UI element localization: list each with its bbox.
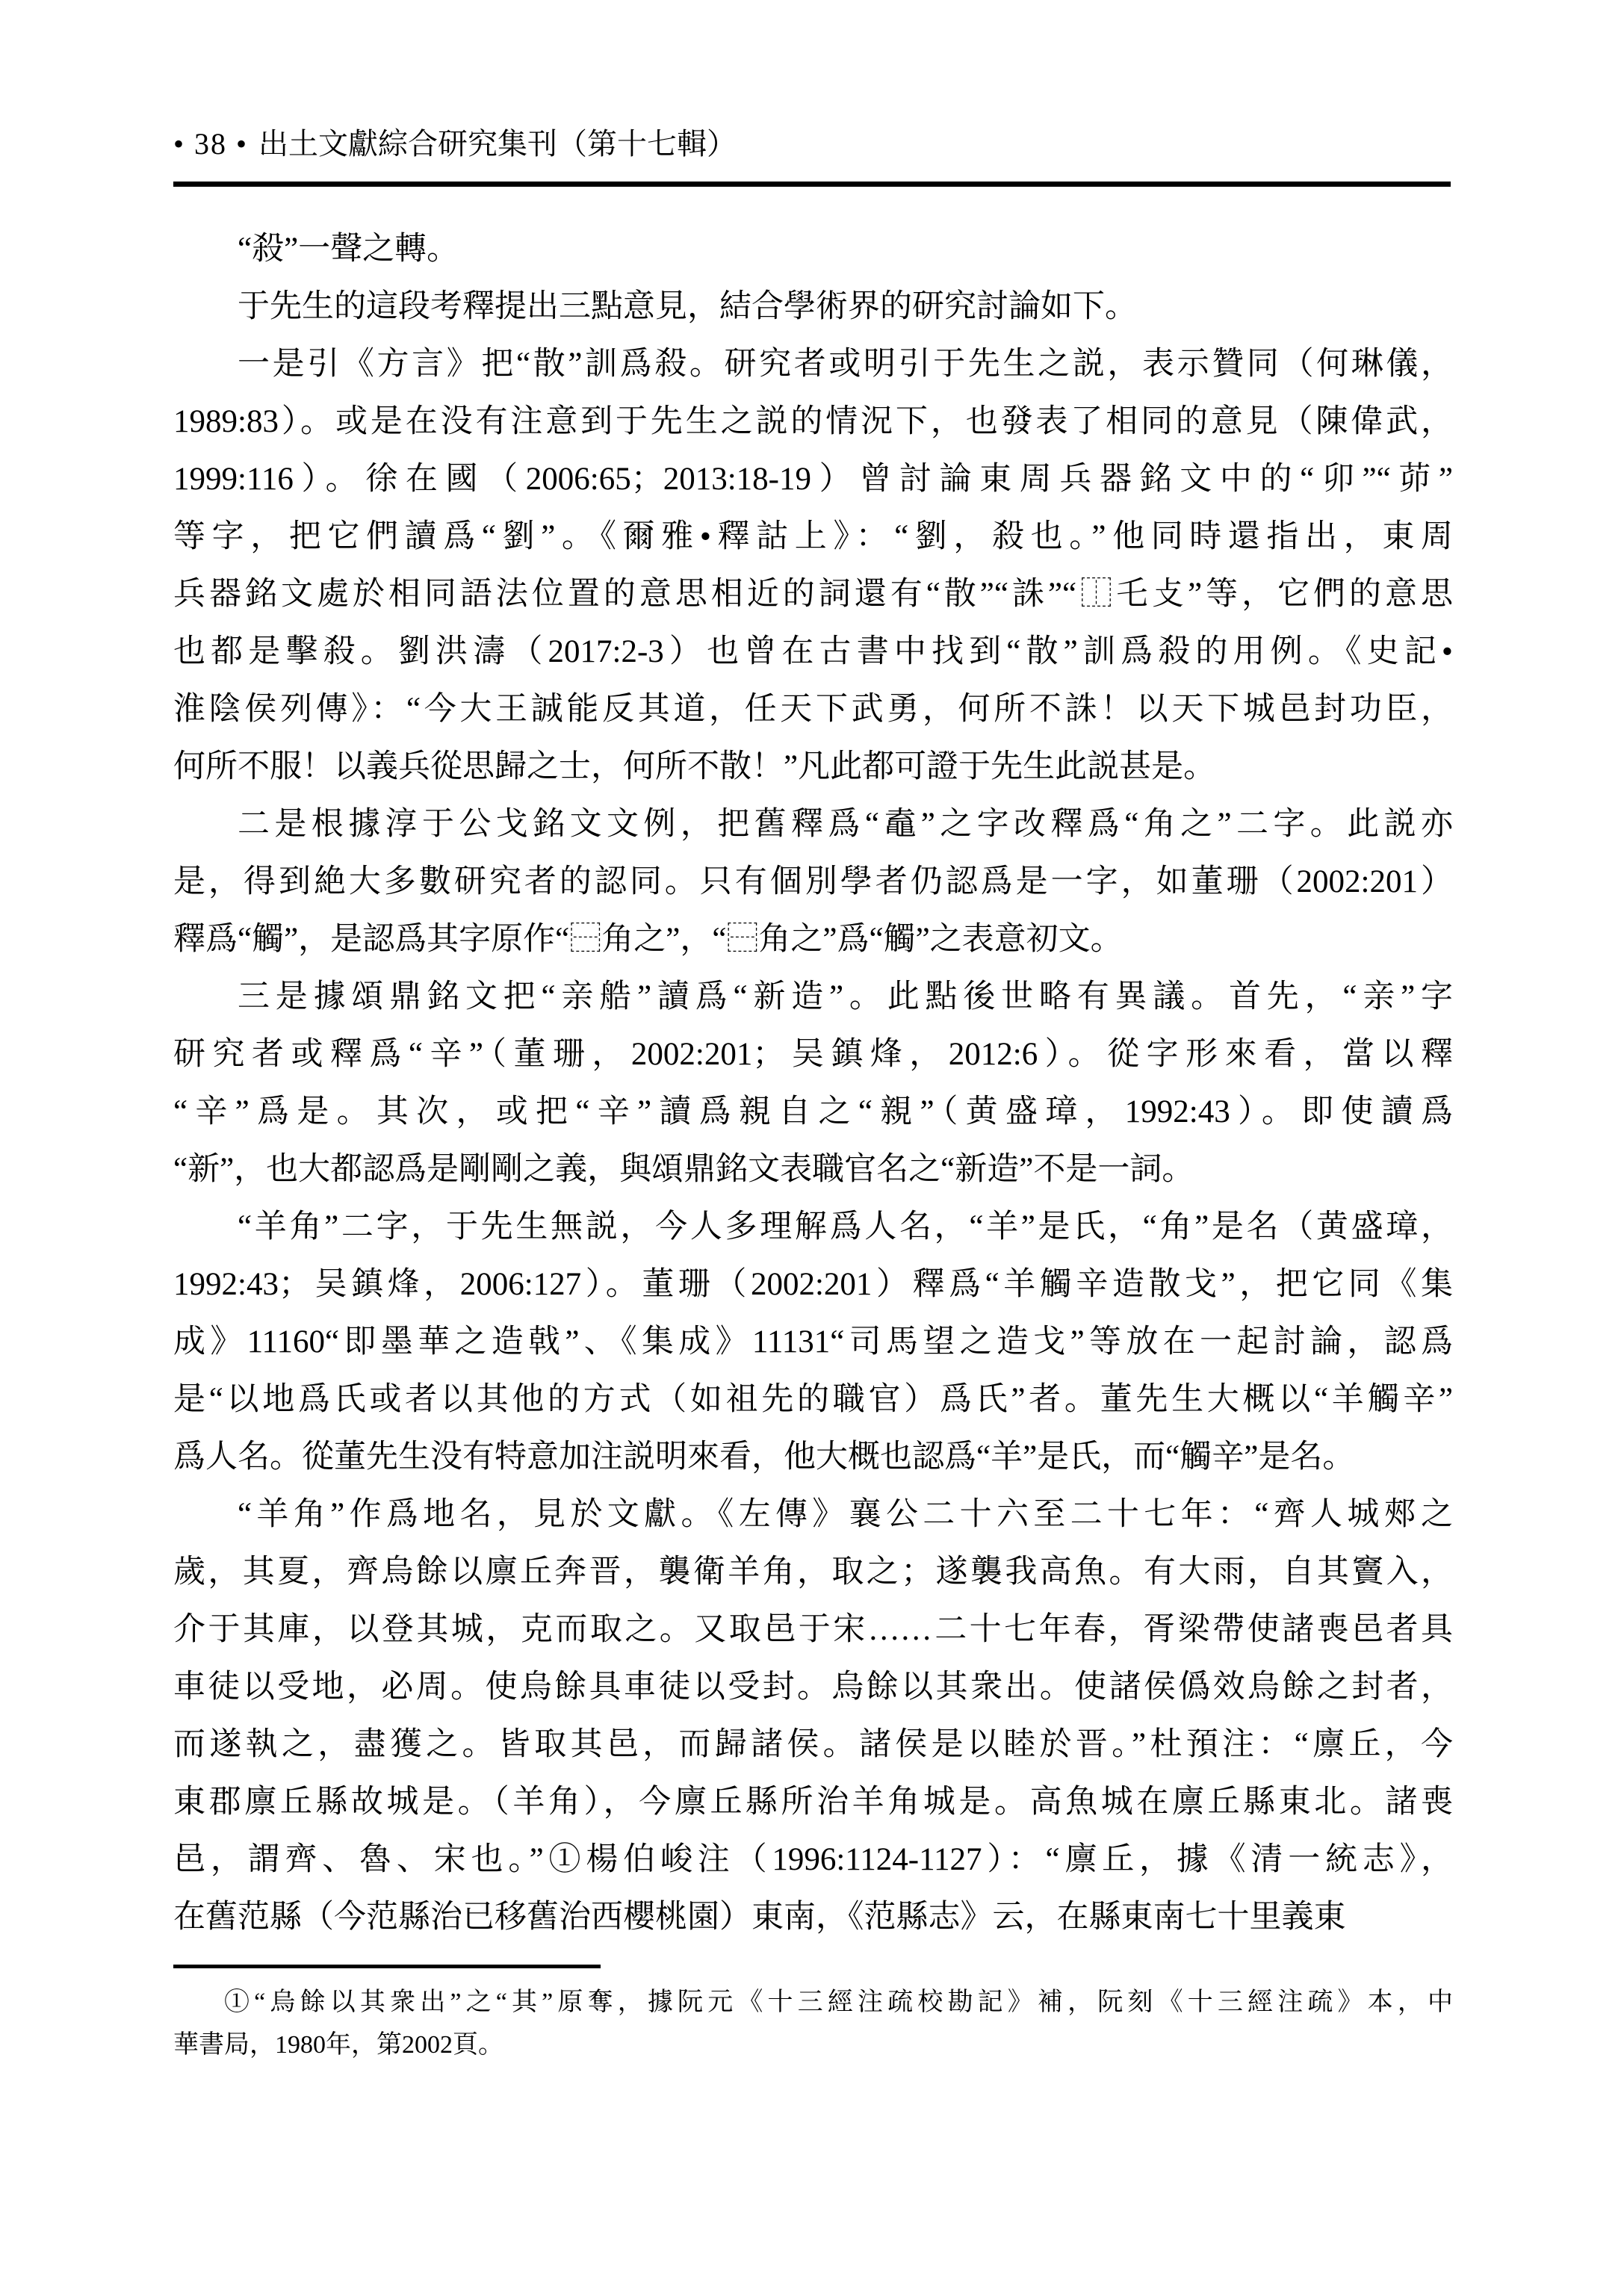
header-rule	[173, 182, 1451, 187]
body-line: 1989:83）。或是在没有注意到于先生之説的情況下，也發表了相同的意見（陳偉武…	[173, 393, 1453, 450]
body-line: 1999:116）。徐在國（2006:65；2013:18-19）曾討論東周兵器…	[173, 450, 1453, 508]
body-line: 邑，謂齊、魯、宋也。”①楊伯峻注（1996:1124-1127）：“廪丘，據《清…	[173, 1831, 1453, 1888]
body-line: 釋爲“觸”，是認爲其字原作“⿱角之”，“⿱角之”爲“觸”之表意初文。	[173, 911, 1453, 968]
footnote-text: ①“烏餘以其衆出”之“其”原奪，據阮元《十三經注疏校勘記》補，阮刻《十三經注疏》…	[173, 1981, 1453, 2066]
journal-page: • 38 •出土文獻綜合研究集刊（第十七輯） “殺”一聲之轉。于先生的這段考釋提…	[0, 0, 1624, 2294]
body-line: 是“以地爲氏或者以其他的方式（如祖先的職官）爲氏”者。董先生大概以“羊觸辛”	[173, 1371, 1453, 1428]
page-number: • 38 •	[173, 127, 248, 161]
body-line: “羊角”二字，于先生無説，今人多理解爲人名，“羊”是氏，“角”是名（黄盛璋，	[173, 1198, 1453, 1256]
page-header: • 38 •出土文獻綜合研究集刊（第十七輯）	[173, 125, 1453, 163]
body-line: 于先生的這段考釋提出三點意見，結合學術界的研究討論如下。	[173, 278, 1453, 335]
body-line: 爲人名。從董先生没有特意加注説明來看，他大概也認爲“羊”是氏，而“觸辛”是名。	[173, 1428, 1453, 1486]
body-line: 也都是擊殺。劉洪濤（2017:2-3）也曾在古書中找到“散”訓爲殺的用例。《史記…	[173, 623, 1453, 681]
body-line: 1992:43；吴鎮烽，2006:127）。董珊（2002:201）釋爲“羊觸辛…	[173, 1256, 1453, 1313]
body-text: “殺”一聲之轉。于先生的這段考釋提出三點意見，結合學術界的研究討論如下。一是引《…	[173, 220, 1453, 1946]
body-line: 淮陰侯列傳》：“今大王誠能反其道，任天下武勇，何所不誅！以天下城邑封功臣，	[173, 681, 1453, 738]
body-line: 成》11160“即墨華之造戟”、《集成》11131“司馬望之造戈”等放在一起討論…	[173, 1313, 1453, 1371]
body-line: 等字，把它們讀爲“劉”。《爾雅•釋詁上》：“劉，殺也。”他同時還指出，東周	[173, 508, 1453, 565]
body-line: “辛”爲是。其次，或把“辛”讀爲親自之“親”（黄盛璋，1992:43）。即使讀爲	[173, 1083, 1453, 1141]
body-line: 研究者或釋爲“辛”（董珊，2002:201；吴鎮烽，2012:6）。從字形來看，…	[173, 1026, 1453, 1083]
body-line: “殺”一聲之轉。	[173, 220, 1453, 278]
body-line: 一是引《方言》把“散”訓爲殺。研究者或明引于先生之説，表示贊同（何琳儀，	[173, 335, 1453, 393]
body-line: 兵器銘文處於相同語法位置的意思相近的詞還有“散”“誅”“⿰乇攴”等，它們的意思	[173, 565, 1453, 623]
footnote-separator-rule	[173, 1965, 601, 1968]
body-line: “新”，也大都認爲是剛剛之義，與頌鼎銘文表職官名之“新造”不是一詞。	[173, 1141, 1453, 1198]
footnote-line: ①“烏餘以其衆出”之“其”原奪，據阮元《十三經注疏校勘記》補，阮刻《十三經注疏》…	[173, 1981, 1453, 2024]
body-line: 介于其庫，以登其城，克而取之。又取邑于宋……二十七年春，胥梁帶使諸喪邑者具	[173, 1601, 1453, 1658]
body-line: 而遂執之，盡獲之。皆取其邑，而歸諸侯。諸侯是以睦於晋。”杜預注：“廪丘，今	[173, 1716, 1453, 1773]
body-line: 東郡廪丘縣故城是。（羊角），今廪丘縣所治羊角城是。高魚城在廪丘縣東北。諸喪	[173, 1773, 1453, 1831]
footnote-line: 華書局，1980年，第2002頁。	[173, 2024, 1453, 2066]
body-line: 三是據頌鼎銘文把“亲艁”讀爲“新造”。此點後世略有異議。首先，“亲”字	[173, 968, 1453, 1026]
body-line: 歲，其夏，齊烏餘以廪丘奔晋，襲衛羊角，取之；遂襲我高魚。有大雨，自其竇入，	[173, 1543, 1453, 1601]
body-line: 車徒以受地，必周。使烏餘具車徒以受封。烏餘以其衆出。使諸侯僞效烏餘之封者，	[173, 1658, 1453, 1716]
body-line: “羊角”作爲地名，見於文獻。《左傳》襄公二十六至二十七年：“齊人城郟之	[173, 1486, 1453, 1543]
body-line: 二是根據淳于公戈銘文文例，把舊釋爲“鼁”之字改釋爲“角之”二字。此説亦	[173, 796, 1453, 853]
body-line: 在舊范縣（今范縣治已移舊治西櫻桃園）東南，《范縣志》云，在縣東南七十里義東	[173, 1888, 1453, 1946]
body-line: 是，得到絶大多數研究者的認同。只有個別學者仍認爲是一字，如董珊（2002:201…	[173, 853, 1453, 911]
body-line: 何所不服！以義兵從思歸之士，何所不散！”凡此都可證于先生此説甚是。	[173, 738, 1453, 796]
journal-title: 出土文獻綜合研究集刊（第十七輯）	[258, 127, 737, 161]
